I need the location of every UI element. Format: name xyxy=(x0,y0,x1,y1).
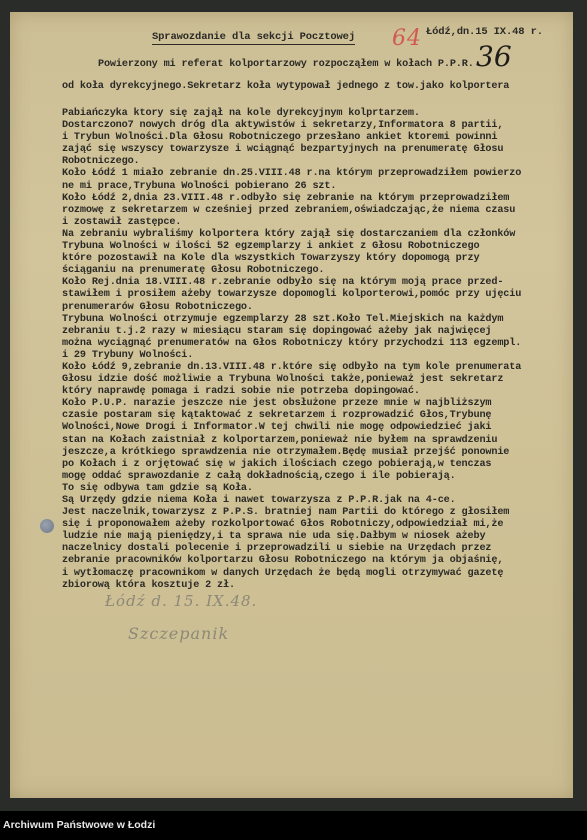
punch-hole-mark xyxy=(40,519,54,533)
body-line: Koło Łódź 1 miało zebranie dn.25.VIII.48… xyxy=(62,168,521,180)
body-line: Trybuna Wolności otrzymuje egzemplarzy 2… xyxy=(62,314,521,326)
body-line: i Trybun Wolności.Dla Głosu Robotniczego… xyxy=(62,132,521,144)
body-line: czasie postaram się kątaktować z sekreta… xyxy=(62,410,521,422)
intro-line-2: od koła dyrekcyjnego.Sekretarz koła wyty… xyxy=(62,81,509,92)
place-date: Łódź,dn.15 IX.48 r. xyxy=(426,27,543,38)
body-line: zebraniu t.j.2 razy w miesiącu staram si… xyxy=(62,326,521,338)
body-line: i 29 Trybuny Wolności. xyxy=(62,350,521,362)
body-line: które pozostawił na Kole dla wszystkich … xyxy=(62,253,521,265)
body-line: się i proponowałem ażeby rozkolportować … xyxy=(62,519,521,531)
body-line: To się odbywa tam gdzie są Koła. xyxy=(62,483,521,495)
body-line: Na zebraniu wybraliśmy kolportera który … xyxy=(62,229,521,241)
body-line: Koło Rej.dnia 18.VIII.48 r.zebranie odby… xyxy=(62,277,521,289)
body-line: ludzie nie mają pieniędzy,i ta sprawa ni… xyxy=(62,531,521,543)
body-line: Koło Łódź 9,zebranie dn.13.VIII.48 r.któ… xyxy=(62,362,521,374)
body-line: można wyciągnąć prenumeratów na Głos Rob… xyxy=(62,338,521,350)
body-line: Robotniczego. xyxy=(62,156,521,168)
body-line: stan na Kołach zaistniał z kolportarzem,… xyxy=(62,435,521,447)
body-line: Są Urzędy gdzie niema Koła i nawet towar… xyxy=(62,495,521,507)
folio-number-black: 36 xyxy=(476,40,512,73)
body-line: Trybuna Wolności w ilości 52 egzemplarzy… xyxy=(62,241,521,253)
body-line: naczelnicy dostali polecenie i przeprowa… xyxy=(62,543,521,555)
archive-footer: Archiwum Państwowe w Łodzi xyxy=(0,811,587,840)
body-line: ne mi prace,Trybuna Wolności pobierano 2… xyxy=(62,181,521,193)
body-line: Pabiańczyka ktory się zajął na kole dyre… xyxy=(62,108,521,120)
body-line: zbiorową która kosztuje 2 zł. xyxy=(62,580,521,592)
body-line: zebranie pracowników kolportarzu Głosu R… xyxy=(62,555,521,567)
archive-name: Archiwum Państwowe w Łodzi xyxy=(3,819,155,831)
body-line: Wolności,Nowe Drogi i Informator.W tej c… xyxy=(62,422,521,434)
body-line: zająć się wszyscy towarzysze i wciągnąć … xyxy=(62,144,521,156)
document-page: 64 36 Sprawozdanie dla sekcji Pocztowej … xyxy=(10,12,573,798)
body-line: Głosu idzie dość możliwie a Trybuna Woln… xyxy=(62,374,521,386)
body-line: po Kołach i z orjętować się w jakich ilo… xyxy=(62,459,521,471)
body-line: prenumerarów Głosu Robotniczego. xyxy=(62,302,521,314)
folio-number-red: 64 xyxy=(392,26,422,51)
body-line: Jest naczelnik,towarzysz z P.P.S. bratni… xyxy=(62,507,521,519)
report-body: Pabiańczyka ktory się zajął na kole dyre… xyxy=(62,108,521,592)
body-line: który naprawdę pomaga i radzi sobie nie … xyxy=(62,386,521,398)
body-line: jeszcze,a krótkiego sprawdzenia nie otrz… xyxy=(62,447,521,459)
body-line: Dostarczono7 nowych dróg dla aktywistów … xyxy=(62,120,521,132)
body-line: Koło P.U.P. narazie jeszcze nie jest obs… xyxy=(62,398,521,410)
body-line: Koło Łódź 2,dnia 23.VIII.48 r.odbyło się… xyxy=(62,193,521,205)
body-line: i zostawił zastępce. xyxy=(62,217,521,229)
document-title: Sprawozdanie dla sekcji Pocztowej xyxy=(152,32,355,45)
handwritten-signature: Szczepanik xyxy=(128,624,229,643)
body-line: ściąganiu na prenumeratę Głosu Robotnicz… xyxy=(62,265,521,277)
body-line: stawiłem i prosiłem ażeby towarzysze dop… xyxy=(62,289,521,301)
handwritten-date: Łódź d. 15. IX.48. xyxy=(105,592,257,610)
body-line: i wytłomaczę pracownikom w danych Urzęda… xyxy=(62,568,521,580)
body-line: rozmowę z sekretarzem w cześniej przed z… xyxy=(62,205,521,217)
body-line: mogę oddać sprawozdanie z całą dokładnoś… xyxy=(62,471,521,483)
intro-line-1: Powierzony mi referat kolportarzowy rozp… xyxy=(98,59,474,70)
